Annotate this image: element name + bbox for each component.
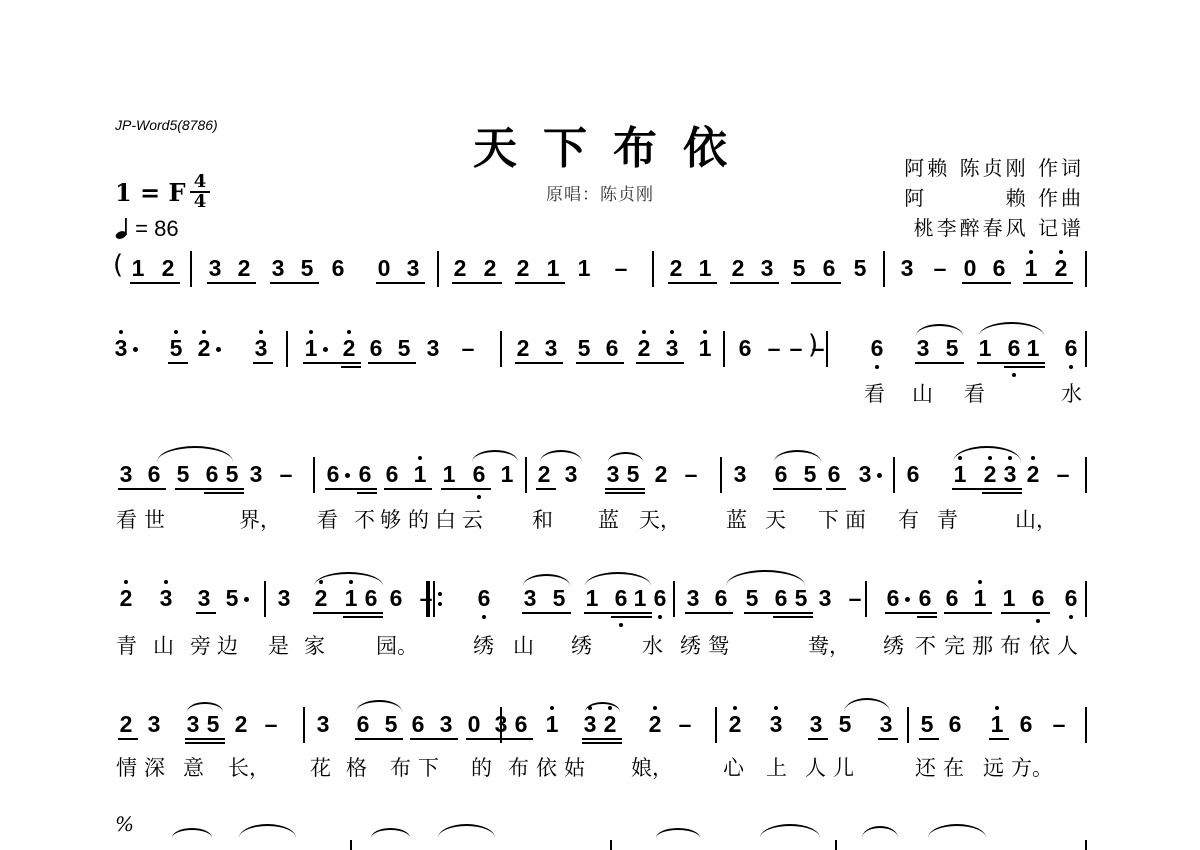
high-octave-dot (202, 330, 206, 334)
slur-arc (656, 828, 700, 838)
note-3: 3 (766, 711, 786, 737)
bar-line (720, 457, 722, 493)
note-6: 6 (989, 255, 1009, 281)
beam-line (962, 282, 1011, 284)
high-octave-dot (978, 580, 982, 584)
slur-arc (844, 698, 890, 712)
note-3: 3 (205, 255, 225, 281)
beam-line (1004, 366, 1045, 368)
repeat-dot (438, 602, 442, 606)
beam-line (343, 616, 383, 618)
beam-line (303, 362, 361, 364)
note-1: 1 (987, 711, 1007, 737)
note-1: 1 (1021, 255, 1041, 281)
note-3: 3 (183, 711, 203, 737)
beam-line (536, 488, 556, 490)
note-3: 3 (194, 585, 214, 611)
slur-arc (187, 702, 223, 712)
note-6: 6 (323, 461, 343, 487)
lyric-char: 山 (513, 630, 534, 660)
lyric-char: 云 (462, 504, 483, 534)
bar-line (1085, 331, 1087, 367)
beam-line (441, 488, 491, 490)
note-3: 3 (683, 585, 703, 611)
beam-line (576, 362, 624, 364)
lyric-char: 山， (1015, 504, 1057, 534)
lyric-char: 在 (943, 752, 964, 782)
slur-arc (356, 700, 402, 712)
lyric-char: 山 (153, 630, 174, 660)
high-octave-dot (1031, 456, 1035, 460)
note-3: 3 (403, 255, 423, 281)
note-3: 3 (806, 711, 826, 737)
low-octave-dot (1069, 365, 1073, 369)
lyric-char: 鸳 (708, 630, 729, 660)
lyric-char: 绣 (473, 630, 494, 660)
note-3: 3 (274, 585, 294, 611)
note-5: 5 (835, 711, 855, 737)
note-5: 5 (381, 711, 401, 737)
lyric-char: 鸯， (808, 630, 850, 660)
slur-arc (438, 824, 495, 838)
beam-line (325, 488, 377, 490)
note-3: 3 (520, 585, 540, 611)
slur-arc (953, 446, 1021, 462)
note-0: 0 (464, 711, 484, 737)
lyric-char: 绣 (571, 630, 592, 660)
note-6: 6 (942, 585, 962, 611)
bar-line (1085, 581, 1087, 617)
lyric-char: 是 (268, 630, 289, 660)
note-3: 3 (423, 335, 443, 361)
beam-line (878, 738, 898, 740)
beam-line (355, 738, 403, 740)
note-3: 3 (757, 255, 777, 281)
beam-line (196, 612, 216, 614)
dash-note: – (845, 585, 865, 611)
slur-arc (726, 570, 805, 586)
lyric-char: 面 (845, 504, 866, 534)
lyric-char: 依 (536, 752, 557, 782)
augmentation-dot (345, 473, 350, 478)
dash-note: – (930, 255, 950, 281)
bar-line (350, 840, 352, 850)
beam-line (522, 612, 571, 614)
high-octave-dot (119, 330, 123, 334)
beam-line (668, 282, 717, 284)
lyric-char: 还 (915, 752, 936, 782)
note-2: 2 (234, 255, 254, 281)
note-2: 2 (513, 255, 533, 281)
note-6: 6 (474, 585, 494, 611)
note-5: 5 (222, 585, 242, 611)
lyric-char: 白 (435, 504, 456, 534)
note-6: 6 (771, 585, 791, 611)
note-1: 1 (950, 461, 970, 487)
dash-note: – (276, 461, 296, 487)
lyric-char: 娘， (631, 752, 673, 782)
note-3: 3 (144, 711, 164, 737)
lyric-char: 那 (972, 630, 993, 660)
slur-arc (760, 824, 820, 838)
beam-line (452, 282, 502, 284)
beam-line (989, 738, 1009, 740)
beam-line (515, 362, 563, 364)
note-3: 3 (913, 335, 933, 361)
lyric-char: 看 (116, 504, 137, 534)
note-5: 5 (166, 335, 186, 361)
lyric-char: 绣 (680, 630, 701, 660)
lyric-char: 天 (765, 504, 786, 534)
beam-line (207, 282, 256, 284)
high-octave-dot (642, 330, 646, 334)
note-1: 1 (301, 335, 321, 361)
note-1: 1 (1023, 335, 1043, 361)
beam-line (410, 738, 458, 740)
beam-line (582, 738, 622, 740)
note-6: 6 (867, 335, 887, 361)
note-2: 2 (231, 711, 251, 737)
beam-line (952, 488, 1022, 490)
beam-line (513, 738, 533, 740)
note-5: 5 (574, 335, 594, 361)
note-6: 6 (945, 711, 965, 737)
open-paren: ( (113, 250, 123, 280)
lyric-char: 天， (639, 504, 681, 534)
note-2: 2 (158, 255, 178, 281)
lyric-char: 儿 (833, 752, 854, 782)
lyric-char: 意 (183, 752, 204, 782)
note-5: 5 (742, 585, 762, 611)
beam-line (175, 488, 244, 490)
note-3: 3 (251, 335, 271, 361)
beam-line (944, 612, 992, 614)
beam-line (791, 282, 841, 284)
note-6: 6 (883, 585, 903, 611)
beam-line (808, 738, 828, 740)
high-octave-dot (347, 330, 351, 334)
beam-line (730, 282, 779, 284)
note-6: 6 (202, 461, 222, 487)
high-octave-dot (174, 330, 178, 334)
beam-line (773, 488, 822, 490)
beam-line (982, 492, 1022, 494)
lyric-char: 上 (766, 752, 787, 782)
note-6: 6 (771, 461, 791, 487)
note-1: 1 (975, 335, 995, 361)
beam-line (130, 282, 180, 284)
note-6: 6 (824, 461, 844, 487)
note-1: 1 (630, 585, 650, 611)
beam-line (826, 488, 846, 490)
lyric-char: 布 (508, 752, 529, 782)
beam-line (313, 612, 383, 614)
note-6: 6 (353, 711, 373, 737)
augmentation-dot (244, 597, 249, 602)
lyric-char: 绣 (883, 630, 904, 660)
high-octave-dot (164, 580, 168, 584)
bar-line (1085, 457, 1087, 493)
lyric-char: 情 (116, 752, 137, 782)
note-1: 1 (542, 711, 562, 737)
beam-line (977, 362, 1045, 364)
bar-line (313, 457, 315, 493)
bar-line (437, 251, 439, 287)
augmentation-dot (216, 347, 221, 352)
note-6: 6 (915, 585, 935, 611)
lyric-char: 的 (408, 504, 429, 534)
note-3: 3 (662, 335, 682, 361)
transcriber-credit: 桃李醉春风 记谱 (914, 212, 1084, 241)
repeat-thin-line (433, 581, 435, 617)
note-6: 6 (386, 585, 406, 611)
note-6: 6 (650, 585, 670, 611)
note-6: 6 (382, 461, 402, 487)
note-3: 3 (580, 711, 600, 737)
note-2: 2 (728, 255, 748, 281)
high-octave-dot (550, 706, 554, 710)
note-0: 0 (960, 255, 980, 281)
high-octave-dot (1059, 250, 1063, 254)
beam-line (919, 738, 939, 740)
lyric-char: 世 (144, 504, 165, 534)
note-2: 2 (513, 335, 533, 361)
note-6: 6 (602, 335, 622, 361)
note-6: 6 (1028, 585, 1048, 611)
note-1: 1 (410, 461, 430, 487)
note-6: 6 (711, 585, 731, 611)
note-3: 3 (436, 711, 456, 737)
tempo-marking: = 86 (115, 216, 179, 242)
note-3: 3 (561, 461, 581, 487)
beam-line (1001, 612, 1050, 614)
beam-line (685, 612, 733, 614)
high-octave-dot (670, 330, 674, 334)
high-octave-dot (1029, 250, 1033, 254)
note-5: 5 (850, 255, 870, 281)
high-octave-dot (124, 580, 128, 584)
lyric-char: 的 (471, 752, 492, 782)
beam-line (885, 612, 937, 614)
bar-line (190, 251, 192, 287)
slur-arc (585, 572, 651, 586)
note-1: 1 (128, 255, 148, 281)
beam-line (605, 488, 645, 490)
dash-note: – (458, 335, 478, 361)
bar-line (835, 840, 837, 850)
bar-line (500, 331, 502, 367)
note-1: 1 (999, 585, 1019, 611)
high-octave-dot (774, 706, 778, 710)
beam-line (341, 366, 361, 368)
beam-line (253, 362, 273, 364)
note-2: 2 (651, 461, 671, 487)
beam-line (605, 492, 645, 494)
slur-arc (472, 450, 518, 462)
beam-line (357, 492, 377, 494)
note-5: 5 (800, 461, 820, 487)
bar-line (723, 331, 725, 367)
note-5: 5 (222, 461, 242, 487)
note-5: 5 (173, 461, 193, 487)
lyricist-credit: 阿赖 陈贞刚 作词 (904, 152, 1084, 181)
beam-line (611, 616, 652, 618)
note-3: 3 (313, 711, 333, 737)
lyric-char: 水 (1061, 378, 1082, 408)
note-2: 2 (725, 711, 745, 737)
dash-note: – (681, 461, 701, 487)
note-6: 6 (328, 255, 348, 281)
note-1: 1 (497, 461, 517, 487)
bar-line (883, 251, 885, 287)
slur-arc (585, 702, 620, 712)
lyric-char: 人 (1057, 630, 1078, 660)
slur-arc (540, 450, 582, 462)
slur-arc (979, 322, 1044, 336)
lyric-char: 看 (964, 378, 985, 408)
slur-arc (862, 826, 898, 838)
time-signature-top: 4 (190, 174, 210, 190)
note-6: 6 (511, 711, 531, 737)
beam-line (584, 612, 652, 614)
lyric-char: 和 (532, 504, 553, 534)
note-6: 6 (735, 335, 755, 361)
slur-arc (157, 446, 233, 462)
note-0: 0 (374, 255, 394, 281)
note-2: 2 (116, 711, 136, 737)
beam-line (118, 738, 138, 740)
note-5: 5 (623, 461, 643, 487)
high-octave-dot (703, 330, 707, 334)
key-signature: 1 = F (115, 178, 186, 207)
lyric-char: 远 (983, 752, 1004, 782)
repeat-thick-line (426, 581, 430, 617)
lyric-char: 山 (912, 378, 933, 408)
note-5: 5 (297, 255, 317, 281)
note-2: 2 (1051, 255, 1071, 281)
high-octave-dot (259, 330, 263, 334)
bar-line (500, 707, 502, 743)
note-5: 5 (917, 711, 937, 737)
lyric-char: 蓝 (598, 504, 619, 534)
lyric-char: 界， (239, 504, 281, 534)
lyric-char: 方。 (1011, 752, 1053, 782)
note-6: 6 (355, 461, 375, 487)
note-5: 5 (789, 255, 809, 281)
bar-line (893, 457, 895, 493)
note-6: 6 (469, 461, 489, 487)
low-octave-dot (875, 365, 879, 369)
beam-line (582, 742, 622, 744)
lyric-char: 下 (818, 504, 839, 534)
note-1: 1 (543, 255, 563, 281)
slur-arc (172, 828, 212, 838)
note-6: 6 (1061, 585, 1081, 611)
slur-arc (371, 828, 410, 838)
low-octave-dot (1036, 619, 1040, 623)
beam-line (515, 282, 565, 284)
bar-line (1085, 707, 1087, 743)
time-signature: 4 4 (190, 174, 210, 210)
dash-note: – (261, 711, 281, 737)
note-3: 3 (268, 255, 288, 281)
note-1: 1 (970, 585, 990, 611)
slur-arc (314, 572, 383, 586)
note-3: 3 (541, 335, 561, 361)
tempo-value: = 86 (135, 216, 178, 241)
bar-line (1085, 840, 1087, 850)
note-6: 6 (1061, 335, 1081, 361)
lyric-char: 旁 (190, 630, 211, 660)
bar-line (264, 581, 266, 617)
low-octave-dot (477, 495, 481, 499)
high-octave-dot (309, 330, 313, 334)
beam-line (744, 612, 813, 614)
note-6: 6 (366, 335, 386, 361)
slur-arc (774, 450, 821, 462)
lyric-char: 家 (304, 630, 325, 660)
note-2: 2 (194, 335, 214, 361)
note-2: 2 (980, 461, 1000, 487)
augmentation-dot (323, 347, 328, 352)
beam-line (368, 362, 416, 364)
high-octave-dot (418, 456, 422, 460)
dash-note: – (786, 335, 806, 361)
note-2: 2 (1023, 461, 1043, 487)
beam-line (376, 282, 425, 284)
lyric-char: 布 (1000, 630, 1021, 660)
slur-arc (239, 824, 296, 838)
note-1: 1 (582, 585, 602, 611)
lyric-char: 人 (805, 752, 826, 782)
lyric-char: 布 (390, 752, 411, 782)
note-1: 1 (439, 461, 459, 487)
bar-line (303, 707, 305, 743)
note-3: 3 (815, 585, 835, 611)
augmentation-dot (905, 597, 910, 602)
lyric-char: 不 (915, 630, 936, 660)
dash-note: – (675, 711, 695, 737)
lyric-char: 青 (116, 630, 137, 660)
note-2: 2 (634, 335, 654, 361)
beam-line (118, 488, 166, 490)
dash-note: – (611, 255, 631, 281)
lyric-char: 花 (310, 752, 331, 782)
note-6: 6 (361, 585, 381, 611)
bar-line (286, 331, 288, 367)
note-6: 6 (1016, 711, 1036, 737)
lyric-char: 完 (944, 630, 965, 660)
slur-arc (608, 452, 643, 462)
note-5: 5 (791, 585, 811, 611)
dash-note: – (1053, 461, 1073, 487)
note-1: 1 (695, 335, 715, 361)
note-6: 6 (903, 461, 923, 487)
slur-arc (928, 824, 986, 838)
note-3: 3 (855, 461, 875, 487)
segno-icon: % (115, 812, 134, 836)
dash-note: – (764, 335, 784, 361)
lyric-char: 长， (228, 752, 270, 782)
dash-note: – (1049, 711, 1069, 737)
note-1: 1 (341, 585, 361, 611)
composer-credit: 阿 赖 作曲 (904, 182, 1084, 211)
slur-arc (523, 574, 570, 586)
note-1: 1 (574, 255, 594, 281)
lyric-char: 下 (418, 752, 439, 782)
note-2: 2 (339, 335, 359, 361)
beam-line (915, 362, 964, 364)
